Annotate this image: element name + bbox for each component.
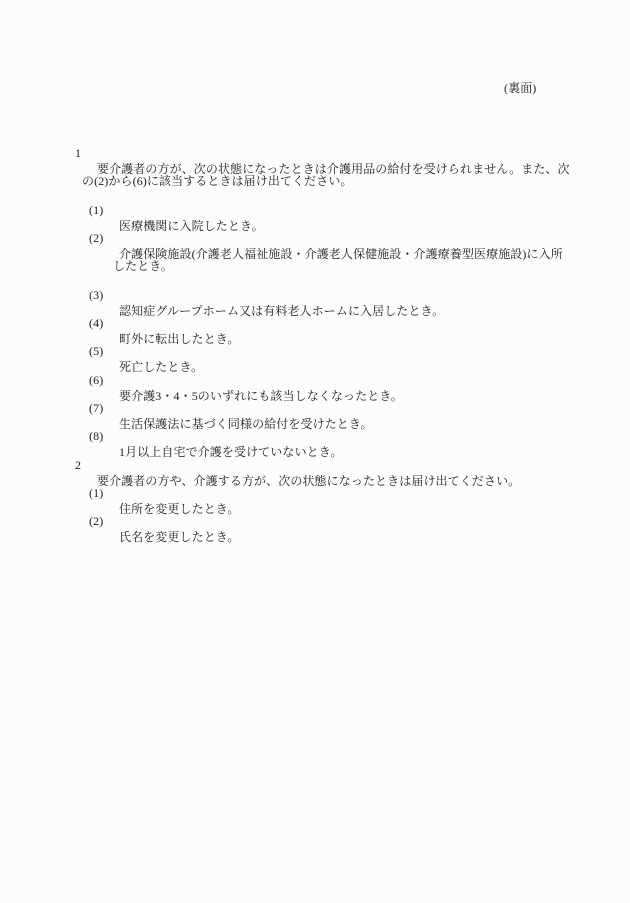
document-page: (裏面) 1 要介護者の方が、次の状態になったときは介護用品の給付を受けられませ…: [0, 0, 630, 903]
list-item: (2) 氏名を変更したとき。: [0, 497, 630, 561]
item-number: (2): [89, 513, 103, 529]
page-side-label: (裏面): [504, 79, 536, 96]
item-text: 氏名を変更したとき。: [119, 529, 240, 545]
